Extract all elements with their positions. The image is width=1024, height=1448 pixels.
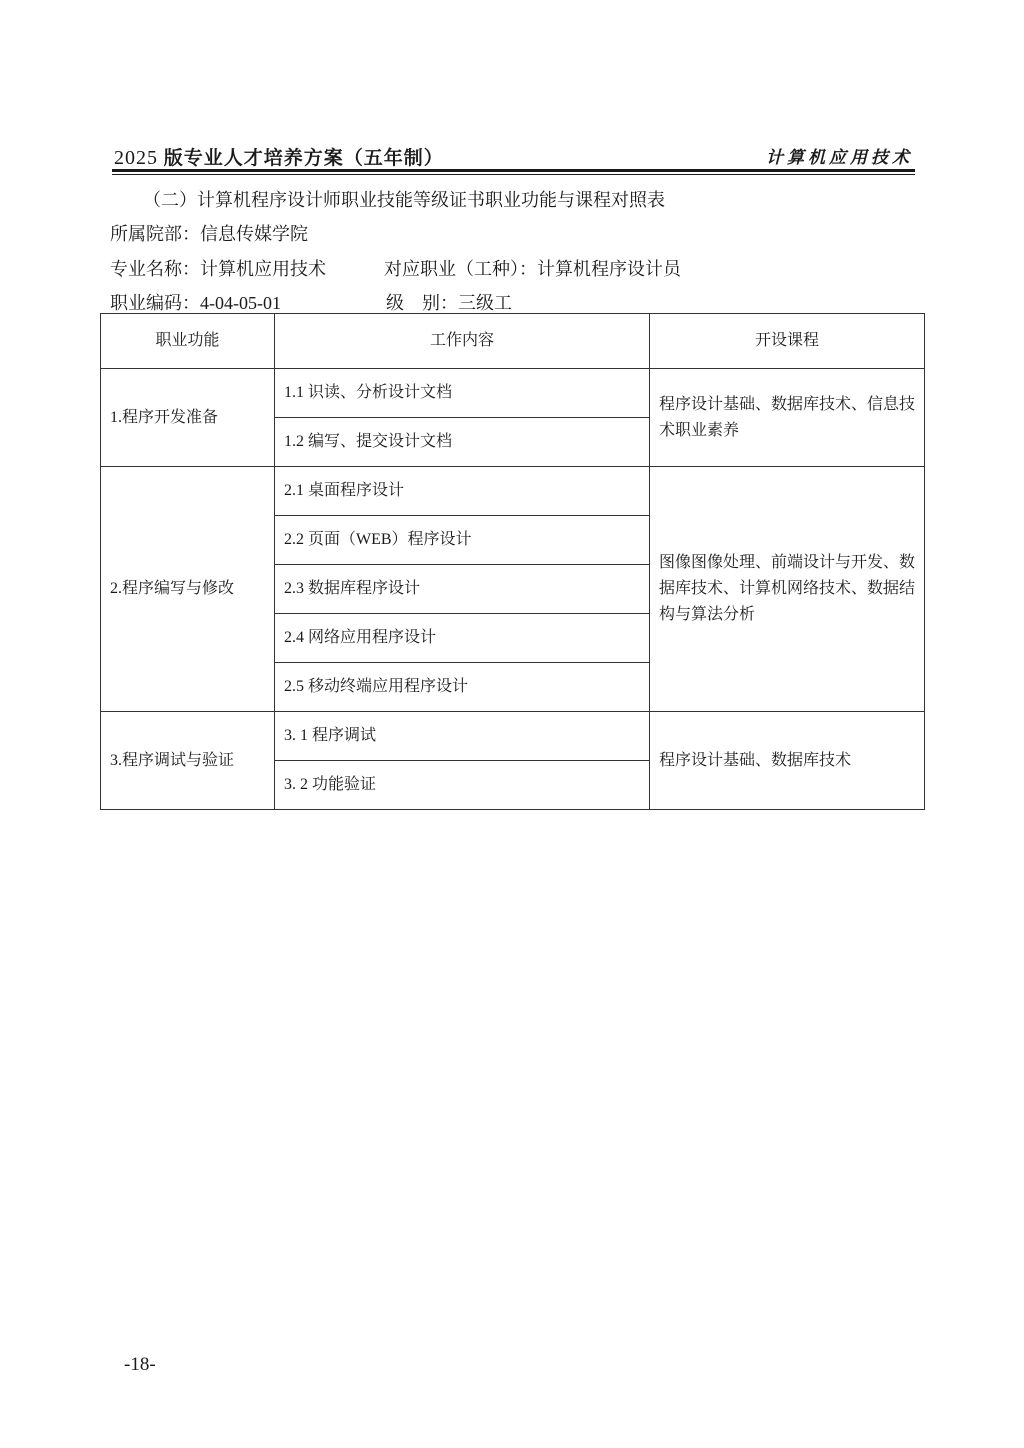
header-major-name: 计算机应用技术 bbox=[766, 143, 913, 168]
work-content-cell: 2.2 页面（WEB）程序设计 bbox=[275, 516, 650, 565]
level-line: 级 别：三级工 bbox=[386, 289, 512, 315]
page-number: -18- bbox=[124, 1354, 156, 1376]
occupation-code-line: 职业编码：4-04-05-01 bbox=[110, 289, 281, 315]
header-function: 职业功能 bbox=[101, 314, 275, 369]
header-program-title: 2025 版专业人才培养方案（五年制） bbox=[114, 143, 444, 170]
work-content-cell: 2.1 桌面程序设计 bbox=[275, 467, 650, 516]
table-header-row: 职业功能 工作内容 开设课程 bbox=[101, 314, 925, 369]
function-cell: 1.程序开发准备 bbox=[101, 369, 275, 467]
occupation-code-label: 职业编码： bbox=[110, 293, 200, 313]
work-content-cell: 1.2 编写、提交设计文档 bbox=[275, 418, 650, 467]
department-value: 信息传媒学院 bbox=[200, 224, 308, 244]
header-title-text: 版专业人才培养方案（五年制） bbox=[164, 148, 444, 169]
function-cell: 3.程序调试与验证 bbox=[101, 712, 275, 810]
major-line: 专业名称：计算机应用技术 bbox=[110, 255, 326, 281]
occupation-line: 对应职业（工种）：计算机程序设计员 bbox=[384, 255, 681, 281]
work-content-cell: 1.1 识读、分析设计文档 bbox=[275, 369, 650, 418]
work-content-cell: 3. 2 功能验证 bbox=[275, 761, 650, 810]
courses-cell: 图像图像处理、前端设计与开发、数据库技术、计算机网络技术、数据结构与算法分析 bbox=[650, 467, 925, 712]
function-course-table: 职业功能 工作内容 开设课程 1.程序开发准备 1.1 识读、分析设计文档 程序… bbox=[100, 313, 925, 810]
occupation-code-value: 4-04-05-01 bbox=[200, 293, 281, 313]
document-title: （二）计算机程序设计师职业技能等级证书职业功能与课程对照表 bbox=[143, 186, 665, 212]
header-courses: 开设课程 bbox=[650, 314, 925, 369]
courses-cell: 程序设计基础、数据库技术 bbox=[650, 712, 925, 810]
header-rule-thick bbox=[112, 169, 915, 172]
header-work-content: 工作内容 bbox=[275, 314, 650, 369]
work-content-cell: 2.5 移动终端应用程序设计 bbox=[275, 663, 650, 712]
work-content-cell: 2.3 数据库程序设计 bbox=[275, 565, 650, 614]
courses-cell: 程序设计基础、数据库技术、信息技术职业素养 bbox=[650, 369, 925, 467]
department-line: 所属院部：信息传媒学院 bbox=[110, 220, 308, 246]
header-rule-thin bbox=[112, 174, 915, 175]
occupation-label: 对应职业（工种）： bbox=[384, 259, 537, 279]
level-label: 级 别： bbox=[386, 293, 458, 313]
page-header: 2025 版专业人才培养方案（五年制） 计算机应用技术 bbox=[112, 143, 915, 169]
level-value: 三级工 bbox=[458, 293, 512, 313]
table-row: 2.程序编写与修改 2.1 桌面程序设计 图像图像处理、前端设计与开发、数据库技… bbox=[101, 467, 925, 516]
function-cell: 2.程序编写与修改 bbox=[101, 467, 275, 712]
header-year: 2025 bbox=[114, 147, 158, 169]
table-row: 3.程序调试与验证 3. 1 程序调试 程序设计基础、数据库技术 bbox=[101, 712, 925, 761]
work-content-cell: 3. 1 程序调试 bbox=[275, 712, 650, 761]
department-label: 所属院部： bbox=[110, 224, 200, 244]
occupation-value: 计算机程序设计员 bbox=[537, 259, 681, 279]
work-content-cell: 2.4 网络应用程序设计 bbox=[275, 614, 650, 663]
major-label: 专业名称： bbox=[110, 259, 200, 279]
major-value: 计算机应用技术 bbox=[200, 259, 326, 279]
table-row: 1.程序开发准备 1.1 识读、分析设计文档 程序设计基础、数据库技术、信息技术… bbox=[101, 369, 925, 418]
